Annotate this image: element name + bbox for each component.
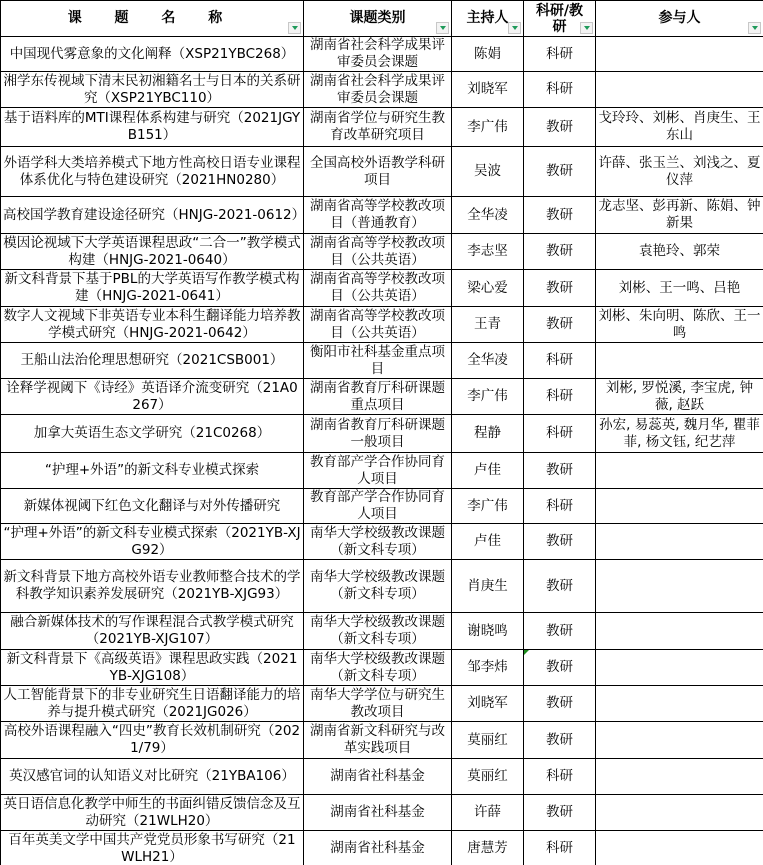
- cell-type[interactable]: 教研: [524, 270, 596, 307]
- cell-category[interactable]: 教育部产学合作协同育人项目: [304, 453, 452, 489]
- cell-participants[interactable]: [596, 831, 763, 865]
- cell-host[interactable]: 李广伟: [452, 379, 524, 415]
- project-spreadsheet: 课 题 名 称 课题类别 主持人 科研/教研 参与人 中国现代雾意象的文化阐释（…: [0, 0, 763, 865]
- cell-title[interactable]: 模因论视域下大学英语课程思政“二合一”教学模式构建（HNJG-2021-0640…: [1, 234, 304, 270]
- cell-category[interactable]: 湖南省高等学校教改项目（公共英语）: [304, 270, 452, 307]
- cell-type[interactable]: 教研: [524, 234, 596, 270]
- cell-type[interactable]: 教研: [524, 722, 596, 759]
- table-row: 英日语信息化教学中师生的书面纠错反馈信念及互动研究（21WLH20）湖南省社科基…: [1, 795, 763, 831]
- cell-category[interactable]: 南华大学校级教改课题（新文科专项）: [304, 524, 452, 560]
- column-header-participants[interactable]: 参与人: [596, 1, 763, 37]
- cell-category[interactable]: 湖南省社科基金: [304, 795, 452, 831]
- filter-dropdown-icon[interactable]: [580, 22, 593, 34]
- table-row: 人工智能背景下的非专业研究生日语翻译能力的培养与提升模式研究（2021JG026…: [1, 686, 763, 722]
- cell-host[interactable]: 李广伟: [452, 489, 524, 524]
- cell-type[interactable]: 科研: [524, 37, 596, 72]
- cell-host[interactable]: 邹李炜: [452, 650, 524, 686]
- cell-type[interactable]: 科研: [524, 831, 596, 865]
- cell-type[interactable]: 科研: [524, 72, 596, 108]
- cell-host[interactable]: 陈娟: [452, 37, 524, 72]
- cell-title[interactable]: 外语学科大类培养模式下地方性高校日语专业课程体系优化与特色建设研究（2021HN…: [1, 147, 304, 197]
- cell-category[interactable]: 湖南省社会科学成果评审委员会课题: [304, 37, 452, 72]
- table-row: 中国现代雾意象的文化阐释（XSP21YBC268）湖南省社会科学成果评审委员会课…: [1, 37, 763, 72]
- table-row: 模因论视域下大学英语课程思政“二合一”教学模式构建（HNJG-2021-0640…: [1, 234, 763, 270]
- table-row: “护理+外语”的新文科专业模式探索（2021YB-XJG92）南华大学校级教改课…: [1, 524, 763, 560]
- column-header-title[interactable]: 课 题 名 称: [1, 1, 304, 37]
- cell-category[interactable]: 全国高校外语教学科研项目: [304, 147, 452, 197]
- column-header-label: 参与人: [659, 10, 701, 27]
- filter-dropdown-icon[interactable]: [288, 22, 301, 34]
- cell-host[interactable]: 吴波: [452, 147, 524, 197]
- column-header-type[interactable]: 科研/教研: [524, 1, 596, 37]
- cell-participants[interactable]: [596, 524, 763, 560]
- cell-category[interactable]: 湖南省教育厅科研课题重点项目: [304, 379, 452, 415]
- cell-type[interactable]: 科研: [524, 759, 596, 795]
- cell-category[interactable]: 湖南省社会科学成果评审委员会课题: [304, 72, 452, 108]
- cell-title[interactable]: 新文科背景下地方高校外语专业教师整合技术的学科教学知识素养发展研究（2021YB…: [1, 560, 304, 613]
- cell-participants[interactable]: 刘彬、朱向明、陈欣、王一鸣: [596, 307, 763, 343]
- cell-type[interactable]: 教研: [524, 307, 596, 343]
- cell-category[interactable]: 衡阳市社科基金重点项目: [304, 343, 452, 379]
- cell-title[interactable]: “护理+外语”的新文科专业模式探索: [1, 453, 304, 489]
- cell-participants[interactable]: [596, 686, 763, 722]
- cell-host[interactable]: 李广伟: [452, 108, 524, 147]
- cell-host[interactable]: 谢晓鸣: [452, 613, 524, 650]
- cell-category[interactable]: 湖南省新文科研究与改革实践项目: [304, 722, 452, 759]
- cell-participants[interactable]: [596, 759, 763, 795]
- cell-title[interactable]: 高校外语课程融入“四史”教育长效机制研究（2021/79）: [1, 722, 304, 759]
- table-row: 融合新媒体技术的写作课程混合式教学模式研究（2021YB-XJG107）南华大学…: [1, 613, 763, 650]
- cell-title[interactable]: 数字人文视域下非英语专业本科生翻译能力培养教学模式研究（HNJG-2021-06…: [1, 307, 304, 343]
- cell-participants[interactable]: [596, 650, 763, 686]
- cell-host[interactable]: 卢佳: [452, 453, 524, 489]
- cell-host[interactable]: 李志坚: [452, 234, 524, 270]
- cell-type[interactable]: 教研: [524, 453, 596, 489]
- cell-host[interactable]: 全华凌: [452, 343, 524, 379]
- cell-title[interactable]: 新媒体视阈下红色文化翻译与对外传播研究: [1, 489, 304, 524]
- cell-title[interactable]: 基于语料库的MTI课程体系构建与研究（2021JGYB151）: [1, 108, 304, 147]
- cell-type[interactable]: 教研: [524, 560, 596, 613]
- cell-type[interactable]: 科研: [524, 343, 596, 379]
- table-row: 百年英美文学中国共产党党员形象书写研究（21WLH21）湖南省社科基金唐慧芳科研: [1, 831, 763, 865]
- cell-type[interactable]: 教研: [524, 795, 596, 831]
- table-row: 数字人文视域下非英语专业本科生翻译能力培养教学模式研究（HNJG-2021-06…: [1, 307, 763, 343]
- table-row: 高校国学教育建设途径研究（HNJG-2021-0612）湖南省高等学校教改项目（…: [1, 197, 763, 234]
- cell-host[interactable]: 肖庚生: [452, 560, 524, 613]
- cell-participants[interactable]: 刘彬, 罗悦溪, 李宝虎, 钟薇, 赵跃: [596, 379, 763, 415]
- cell-host[interactable]: 全华凌: [452, 197, 524, 234]
- cell-host[interactable]: 王青: [452, 307, 524, 343]
- cell-host[interactable]: 卢佳: [452, 524, 524, 560]
- cell-participants[interactable]: [596, 722, 763, 759]
- cell-category[interactable]: 湖南省社科基金: [304, 759, 452, 795]
- cell-participants[interactable]: 袁艳玲、郭荣: [596, 234, 763, 270]
- table-row: 湘学东传视域下清末民初湘籍名士与日本的关系研究（XSP21YBC110）湖南省社…: [1, 72, 763, 108]
- cell-type[interactable]: 教研: [524, 686, 596, 722]
- cell-title[interactable]: 中国现代雾意象的文化阐释（XSP21YBC268）: [1, 37, 304, 72]
- cell-title[interactable]: “护理+外语”的新文科专业模式探索（2021YB-XJG92）: [1, 524, 304, 560]
- cell-host[interactable]: 梁心爱: [452, 270, 524, 307]
- cell-category[interactable]: 湖南省学位与研究生教育改革研究项目: [304, 108, 452, 147]
- cell-host[interactable]: 莫丽红: [452, 722, 524, 759]
- cell-type[interactable]: 教研: [524, 650, 596, 686]
- cell-host[interactable]: 许薛: [452, 795, 524, 831]
- cell-host[interactable]: 刘晓军: [452, 686, 524, 722]
- cell-host[interactable]: 刘晓军: [452, 72, 524, 108]
- table-row: 加拿大英语生态文学研究（21C0268）湖南省教育厅科研课题一般项目程静科研孙宏…: [1, 415, 763, 453]
- cell-participants[interactable]: [596, 453, 763, 489]
- cell-type[interactable]: 科研: [524, 379, 596, 415]
- filter-dropdown-icon[interactable]: [436, 22, 449, 34]
- table-row: 诠释学视阈下《诗经》英语译介流变研究（21A0267）湖南省教育厅科研课题重点项…: [1, 379, 763, 415]
- cell-participants[interactable]: 戈玲玲、刘彬、肖庚生、王东山: [596, 108, 763, 147]
- cell-title[interactable]: 英日语信息化教学中师生的书面纠错反馈信念及互动研究（21WLH20）: [1, 795, 304, 831]
- cell-host[interactable]: 莫丽红: [452, 759, 524, 795]
- cell-title[interactable]: 英汉感官词的认知语义对比研究（21YBA106）: [1, 759, 304, 795]
- cell-type[interactable]: 教研: [524, 197, 596, 234]
- table-row: 新文科背景下基于PBL的大学英语写作教学模式构建（HNJG-2021-0641）…: [1, 270, 763, 307]
- cell-title[interactable]: 融合新媒体技术的写作课程混合式教学模式研究（2021YB-XJG107）: [1, 613, 304, 650]
- cell-host[interactable]: 程静: [452, 415, 524, 453]
- cell-participants[interactable]: 刘彬、王一鸣、吕艳: [596, 270, 763, 307]
- cell-type[interactable]: 教研: [524, 108, 596, 147]
- cell-title[interactable]: 王船山法治伦理思想研究（2021CSB001）: [1, 343, 304, 379]
- cell-title[interactable]: 诠释学视阈下《诗经》英语译介流变研究（21A0267）: [1, 379, 304, 415]
- column-header-label: 课 题 名 称: [68, 10, 237, 27]
- cell-type[interactable]: 教研: [524, 613, 596, 650]
- table-row: 英汉感官词的认知语义对比研究（21YBA106）湖南省社科基金莫丽红科研: [1, 759, 763, 795]
- table-row: 新文科背景下地方高校外语专业教师整合技术的学科教学知识素养发展研究（2021YB…: [1, 560, 763, 613]
- cell-participants[interactable]: [596, 343, 763, 379]
- table-row: 基于语料库的MTI课程体系构建与研究（2021JGYB151）湖南省学位与研究生…: [1, 108, 763, 147]
- table-row: 外语学科大类培养模式下地方性高校日语专业课程体系优化与特色建设研究（2021HN…: [1, 147, 763, 197]
- cell-indicator-icon: [524, 650, 529, 655]
- cell-participants[interactable]: [596, 489, 763, 524]
- column-header-label: 课题类别: [350, 10, 406, 27]
- cell-category[interactable]: 教育部产学合作协同育人项目: [304, 489, 452, 524]
- cell-type[interactable]: 科研: [524, 415, 596, 453]
- column-header-label: 主持人: [467, 10, 509, 27]
- cell-category[interactable]: 湖南省教育厅科研课题一般项目: [304, 415, 452, 453]
- cell-category[interactable]: 南华大学校级教改课题（新文科专项）: [304, 613, 452, 650]
- column-header-host[interactable]: 主持人: [452, 1, 524, 37]
- cell-title[interactable]: 新文科背景下《高级英语》课程思政实践（2021YB-XJG108）: [1, 650, 304, 686]
- cell-title[interactable]: 湘学东传视域下清末民初湘籍名士与日本的关系研究（XSP21YBC110）: [1, 72, 304, 108]
- cell-participants[interactable]: [596, 560, 763, 613]
- cell-category[interactable]: 南华大学学位与研究生教改项目: [304, 686, 452, 722]
- table-row: “护理+外语”的新文科专业模式探索教育部产学合作协同育人项目卢佳教研: [1, 453, 763, 489]
- cell-category[interactable]: 湖南省高等学校教改项目（普通教育）: [304, 197, 452, 234]
- cell-title[interactable]: 百年英美文学中国共产党党员形象书写研究（21WLH21）: [1, 831, 304, 865]
- cell-participants[interactable]: [596, 795, 763, 831]
- column-header-label: 科研/教研: [535, 3, 585, 35]
- cell-participants[interactable]: 孙宏, 易蕊英, 魏月华, 瞿菲菲, 杨文钰, 纪艺萍: [596, 415, 763, 453]
- cell-type[interactable]: 教研: [524, 524, 596, 560]
- cell-host[interactable]: 唐慧芳: [452, 831, 524, 865]
- cell-title[interactable]: 人工智能背景下的非专业研究生日语翻译能力的培养与提升模式研究（2021JG026…: [1, 686, 304, 722]
- filter-dropdown-icon[interactable]: [508, 22, 521, 34]
- cell-title[interactable]: 新文科背景下基于PBL的大学英语写作教学模式构建（HNJG-2021-0641）: [1, 270, 304, 307]
- cell-type[interactable]: 教研: [524, 147, 596, 197]
- cell-participants[interactable]: [596, 613, 763, 650]
- table-row: 高校外语课程融入“四史”教育长效机制研究（2021/79）湖南省新文科研究与改革…: [1, 722, 763, 759]
- table-row: 新媒体视阈下红色文化翻译与对外传播研究教育部产学合作协同育人项目李广伟科研: [1, 489, 763, 524]
- cell-participants[interactable]: [596, 72, 763, 108]
- cell-participants[interactable]: [596, 37, 763, 72]
- cell-category[interactable]: 南华大学校级教改课题（新文科专项）: [304, 650, 452, 686]
- table-row: 王船山法治伦理思想研究（2021CSB001）衡阳市社科基金重点项目全华凌科研: [1, 343, 763, 379]
- header-row: 课 题 名 称 课题类别 主持人 科研/教研 参与人: [1, 1, 763, 37]
- cell-title[interactable]: 加拿大英语生态文学研究（21C0268）: [1, 415, 304, 453]
- cell-category[interactable]: 湖南省高等学校教改项目（公共英语）: [304, 234, 452, 270]
- cell-participants[interactable]: 许薛、张玉兰、刘浅之、夏仪萍: [596, 147, 763, 197]
- cell-category[interactable]: 南华大学校级教改课题（新文科专项）: [304, 560, 452, 613]
- cell-participants[interactable]: 龙志坚、彭再新、陈娟、钟新果: [596, 197, 763, 234]
- filter-dropdown-icon[interactable]: [748, 22, 761, 34]
- cell-category[interactable]: 湖南省社科基金: [304, 831, 452, 865]
- cell-category[interactable]: 湖南省高等学校教改项目（公共英语）: [304, 307, 452, 343]
- cell-title[interactable]: 高校国学教育建设途径研究（HNJG-2021-0612）: [1, 197, 304, 234]
- column-header-category[interactable]: 课题类别: [304, 1, 452, 37]
- table-row: 新文科背景下《高级英语》课程思政实践（2021YB-XJG108）南华大学校级教…: [1, 650, 763, 686]
- cell-type[interactable]: 科研: [524, 489, 596, 524]
